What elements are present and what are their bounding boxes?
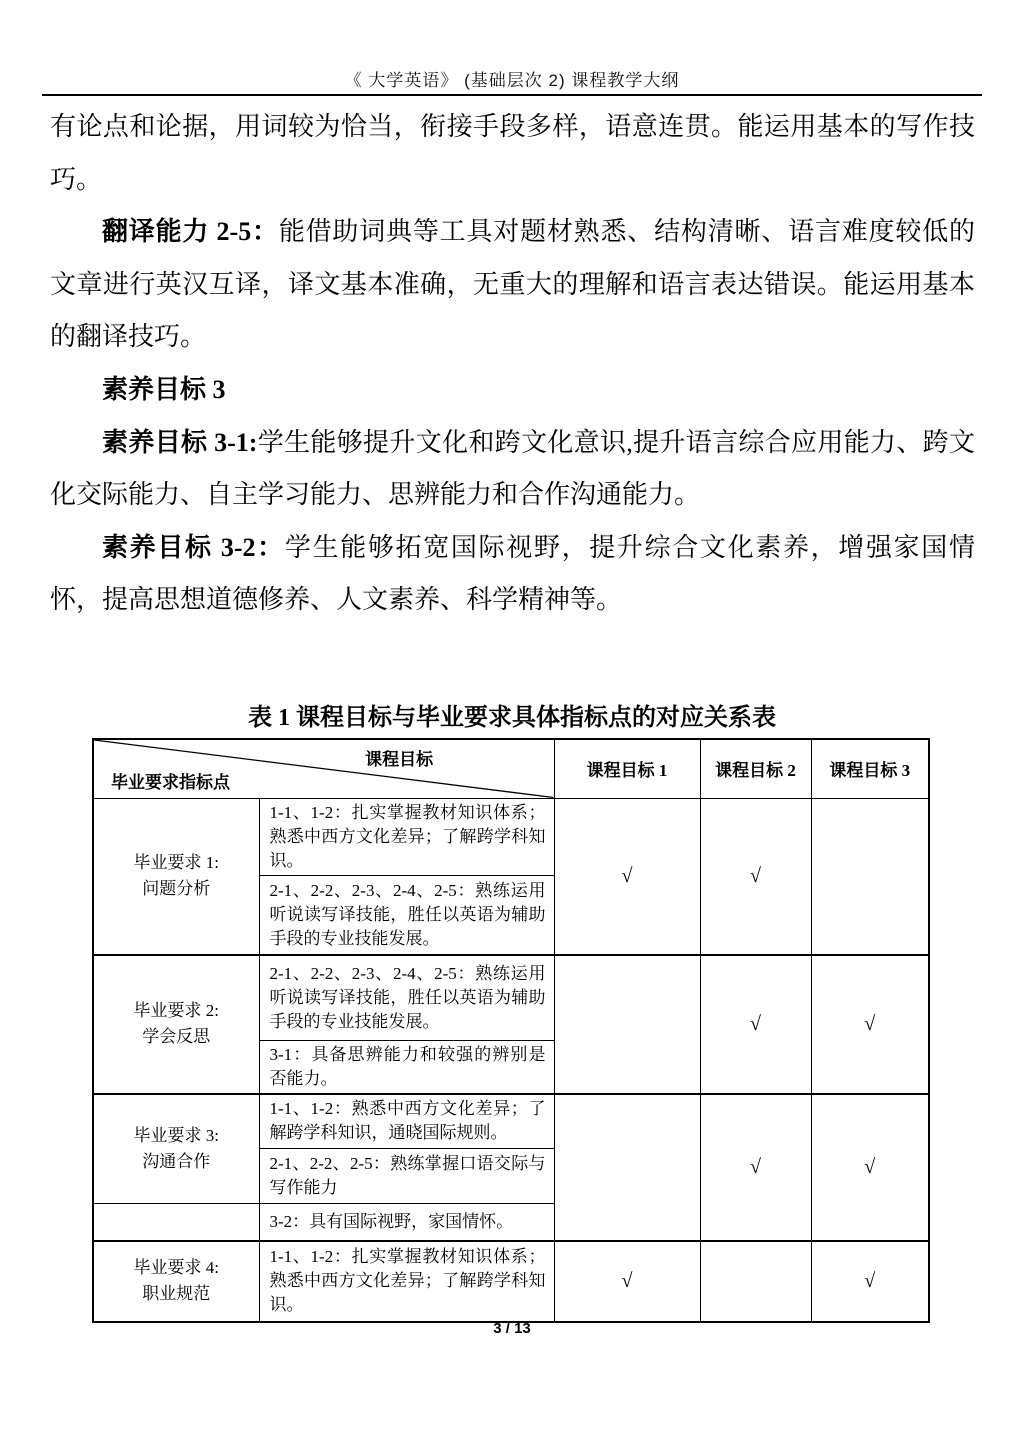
mark-cell <box>554 1094 700 1241</box>
column-header-goal-3: 课程目标 3 <box>811 739 929 798</box>
page-header-title: 《 大学英语》 (基础层次 2) 课程教学大纲 <box>0 66 1024 91</box>
mark-cell: √ <box>700 798 811 955</box>
body-paragraph: 素养目标 3-1:学生能够提升文化和跨文化意识,提升语言综合应用能力、跨文化交际… <box>50 417 975 522</box>
column-header-goal-2: 课程目标 2 <box>700 739 811 798</box>
mark-cell: √ <box>811 1094 929 1241</box>
table-row: 毕业要求 2: 学会反思 2-1、2-2、2-3、2-4、2-5：熟练运用听说读… <box>93 955 929 1040</box>
requirement-name: 问题分析 <box>142 879 210 898</box>
body-paragraph: 素养目标 3-2：学生能够拓宽国际视野，提升综合文化素养，增强家国情怀，提高思想… <box>50 522 975 627</box>
indicator-cell: 1-1、1-2：扎实掌握教材知识体系；熟悉中西方文化差异；了解跨学科知识。 <box>259 798 554 875</box>
paragraph-lead: 素养目标 3-2： <box>102 533 285 562</box>
indicator-cell: 2-1、2-2、2-3、2-4、2-5：熟练运用听说读写译技能，胜任以英语为辅助… <box>259 955 554 1040</box>
body-paragraph: 翻译能力 2-5：能借助词典等工具对题材熟悉、结构清晰、语言难度较低的文章进行英… <box>50 206 975 364</box>
requirement-number: 毕业要求 3: <box>134 1126 219 1145</box>
table-row: 毕业要求 1: 问题分析 1-1、1-2：扎实掌握教材知识体系；熟悉中西方文化差… <box>93 798 929 875</box>
table-row: 毕业要求 4: 职业规范 1-1、1-2：扎实掌握教材知识体系；熟悉中西方文化差… <box>93 1241 929 1322</box>
mark-cell: √ <box>554 798 700 955</box>
paragraph-lead: 翻译能力 2-5： <box>102 217 279 246</box>
mark-cell <box>811 798 929 955</box>
paragraph-lead: 素养目标 3 <box>102 375 226 404</box>
mapping-table: 课程目标 毕业要求指标点 课程目标 1 课程目标 2 课程目标 3 毕业要求 1… <box>92 738 930 1323</box>
mark-cell <box>554 955 700 1094</box>
requirement-cell-3: 毕业要求 3: 沟通合作 <box>93 1094 259 1204</box>
column-header-goal-1: 课程目标 1 <box>554 739 700 798</box>
body-paragraph: 素养目标 3 <box>50 364 975 417</box>
requirement-cell-4: 毕业要求 4: 职业规范 <box>93 1241 259 1322</box>
requirement-number: 毕业要求 2: <box>134 1001 219 1020</box>
paragraph-text: 有论点和论据，用词较为恰当，衔接手段多样，语意连贯。能运用基本的写作技巧。 <box>50 112 975 194</box>
paragraph-lead: 素养目标 3-1: <box>102 428 257 457</box>
indicator-cell: 2-1、2-2、2-3、2-4、2-5：熟练运用听说读写译技能，胜任以英语为辅助… <box>259 875 554 955</box>
table-row: 毕业要求 3: 沟通合作 1-1、1-2：熟悉中西方文化差异；了解跨学科知识，通… <box>93 1094 929 1149</box>
indicator-cell: 2-1、2-2、2-5：熟练掌握口语交际与写作能力 <box>259 1149 554 1204</box>
table-header-row: 课程目标 毕业要求指标点 课程目标 1 课程目标 2 课程目标 3 <box>93 739 929 798</box>
document-page: 《 大学英语》 (基础层次 2) 课程教学大纲 有论点和论据，用词较为恰当，衔接… <box>0 0 1024 1447</box>
body-text: 有论点和论据，用词较为恰当，衔接手段多样，语意连贯。能运用基本的写作技巧。 翻译… <box>50 101 975 627</box>
requirement-name: 职业规范 <box>142 1284 210 1303</box>
corner-cell: 课程目标 毕业要求指标点 <box>93 739 554 798</box>
requirement-name: 沟通合作 <box>142 1152 210 1171</box>
mark-cell: √ <box>700 1094 811 1241</box>
indicator-cell: 3-1：具备思辨能力和较强的辨别是否能力。 <box>259 1040 554 1094</box>
mark-cell: √ <box>554 1241 700 1322</box>
mark-cell: √ <box>700 955 811 1094</box>
requirement-number: 毕业要求 1: <box>134 853 219 872</box>
table-title: 表 1 课程目标与毕业要求具体指标点的对应关系表 <box>0 697 1024 732</box>
page-number: 3 / 13 <box>0 1320 1024 1337</box>
corner-label-grad-requirements: 毕业要求指标点 <box>111 768 230 793</box>
indicator-cell: 1-1、1-2：扎实掌握教材知识体系；熟悉中西方文化差异；了解跨学科知识。 <box>259 1241 554 1322</box>
requirement-cell-2: 毕业要求 2: 学会反思 <box>93 955 259 1094</box>
requirement-cell-empty <box>93 1204 259 1241</box>
requirement-number: 毕业要求 4: <box>134 1258 219 1277</box>
requirement-name: 学会反思 <box>142 1027 210 1046</box>
indicator-cell: 3-2：具有国际视野，家国情怀。 <box>259 1204 554 1241</box>
header-rule <box>42 94 982 96</box>
mark-cell: √ <box>811 1241 929 1322</box>
body-paragraph: 有论点和论据，用词较为恰当，衔接手段多样，语意连贯。能运用基本的写作技巧。 <box>50 101 975 206</box>
mark-cell <box>700 1241 811 1322</box>
requirement-cell-1: 毕业要求 1: 问题分析 <box>93 798 259 955</box>
indicator-cell: 1-1、1-2：熟悉中西方文化差异；了解跨学科知识，通晓国际规则。 <box>259 1094 554 1149</box>
corner-label-course-goals: 课程目标 <box>365 745 433 770</box>
mark-cell: √ <box>811 955 929 1094</box>
